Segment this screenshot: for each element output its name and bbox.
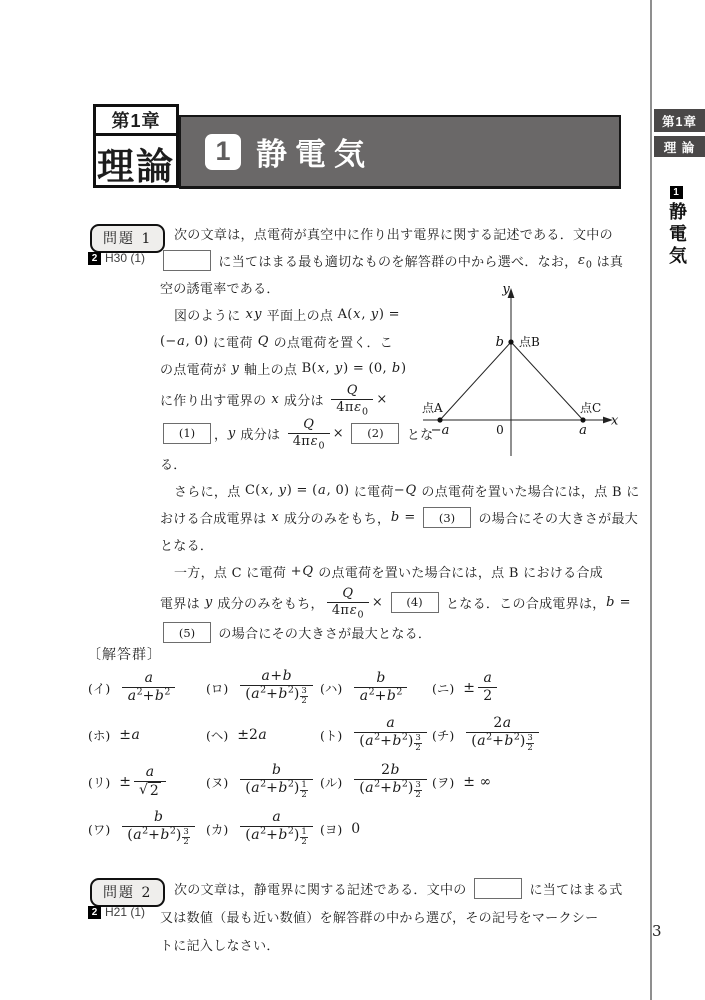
option-expression: 2b(a2+b2)32 xyxy=(351,762,430,801)
math-inline: Q xyxy=(257,334,269,349)
option: (ヲ)± ∞ xyxy=(432,758,642,805)
origin-label: 0 xyxy=(496,423,504,437)
point-a-label: 点A xyxy=(422,400,443,415)
option-expression: ±a2 xyxy=(463,670,500,705)
text-run: 軸上の点 xyxy=(240,359,302,378)
option-expression: b(a2+b2)32 xyxy=(119,809,198,848)
text-run: おける合成電界は xyxy=(160,508,271,527)
option-expression: ± ∞ xyxy=(463,774,491,790)
option-expression: 2a(a2+b2)32 xyxy=(463,715,542,754)
text-run: × xyxy=(372,595,388,610)
x-axis-label: x xyxy=(611,414,619,429)
option: (カ)a(a2+b2)12 xyxy=(206,805,320,852)
text-run: の点電荷が xyxy=(160,359,231,378)
math-inline: b xyxy=(606,595,616,610)
option: (ニ)±a2 xyxy=(432,664,642,711)
option: (チ)2a(a2+b2)32 xyxy=(432,711,642,758)
option-expression: ba2+b2 xyxy=(351,670,410,705)
text-run: 次の文章は，点電荷が真空中に作り出す電界に関する記述である．文中の xyxy=(174,224,613,243)
text-run: トに記入しなさい． xyxy=(160,935,280,954)
option-label: (ヲ) xyxy=(432,773,454,791)
text-run: となる．この合成電界は， xyxy=(442,593,606,612)
option: (リ)±a√2 xyxy=(88,758,206,805)
text-run: さらに，点 xyxy=(174,481,245,500)
option-expression: b(a2+b2)12 xyxy=(237,762,316,801)
text-run: × xyxy=(333,426,349,441)
option-expression: a+b(a2+b2)32 xyxy=(237,668,316,707)
problem2-badge: 問題 2 xyxy=(90,878,165,907)
option-label: (ト) xyxy=(320,726,342,744)
text-line: おける合成電界は x 成分のみをもち，b = (3) の場合にその大きさが最大 xyxy=(160,504,638,531)
section-title: 静電気 xyxy=(256,129,373,174)
option-expression: 0 xyxy=(351,821,360,837)
math-fraction: a+b(a2+b2)32 xyxy=(240,668,313,707)
option: (ト)a(a2+b2)32 xyxy=(320,711,432,758)
text-run: ， xyxy=(214,424,227,443)
b-label: b xyxy=(496,335,504,350)
answer-group-title: 〔解答群〕 xyxy=(87,644,162,664)
answer-blank xyxy=(474,878,522,899)
book-icon: 2 xyxy=(88,906,101,919)
text-line: 一方，点 C に電荷 +Q の点電荷を置いた場合には，点 B における合成 xyxy=(160,558,638,585)
text-run: の点電荷を置く．こ xyxy=(269,332,393,351)
option-label: (ホ) xyxy=(88,726,110,744)
point-c-dot xyxy=(580,417,585,422)
text-run: 一方，点 C に電荷 xyxy=(174,562,291,581)
problem2-source-label: H21 (1) xyxy=(105,905,145,919)
option-label: (ニ) xyxy=(432,679,454,697)
math-inline: (a, 0) xyxy=(312,483,349,498)
text-run: = xyxy=(384,307,400,322)
text-run: は真 xyxy=(592,251,623,270)
option: (ヘ)±2a xyxy=(206,711,320,758)
text-run: る． xyxy=(160,454,187,473)
text-run: 電界は xyxy=(160,593,204,612)
math-inline: x xyxy=(271,392,280,407)
text-run: となる． xyxy=(160,535,213,554)
math-fraction: aa2+b2 xyxy=(122,670,175,705)
problem1-source-label: H30 (1) xyxy=(105,251,145,265)
problem1-source: 2 H30 (1) xyxy=(88,251,145,265)
math-fraction: b(a2+b2)32 xyxy=(122,809,195,848)
option: (ヨ)0 xyxy=(320,805,432,852)
option-label: (ワ) xyxy=(88,820,110,838)
math-inline: y xyxy=(231,361,240,376)
text-run: に当てはまる式 xyxy=(525,879,623,898)
option-label: (ヘ) xyxy=(206,726,228,744)
math-fraction: Q4πε0 xyxy=(327,586,369,618)
text-run: 空の誘電率である． xyxy=(160,278,280,297)
option: (ワ)b(a2+b2)32 xyxy=(88,805,206,852)
point-c-label: 点C xyxy=(580,400,601,415)
option-label: (ロ) xyxy=(206,679,228,697)
option-expression: ±2a xyxy=(237,727,267,743)
minus-a-label: −a xyxy=(431,423,450,438)
chapter-badge: 第1章 理論 xyxy=(93,104,179,188)
text-run: 成分は xyxy=(279,390,328,409)
math-inline: ε0 xyxy=(578,253,593,268)
option: (イ)aa2+b2 xyxy=(88,664,206,711)
math-inline: y xyxy=(204,595,213,610)
sidebar-section-number: 1 xyxy=(670,186,683,199)
math-inline: b xyxy=(390,510,400,525)
sidebar-section-label: 静電気 xyxy=(663,202,689,268)
text-run: = xyxy=(615,595,631,610)
text-line: となる． xyxy=(160,531,638,558)
math-inline: C(x, y) xyxy=(245,483,292,498)
text-run: に電荷 xyxy=(349,481,393,500)
text-run: の点電荷を置いた場合には，点 B に xyxy=(417,481,640,500)
math-inline: (−a, 0) xyxy=(160,334,208,349)
sidebar-subject-tab: 理 論 xyxy=(654,136,705,157)
answer-blank: (1) xyxy=(163,423,211,444)
section-title-bar: 1 静電気 xyxy=(179,115,621,189)
answer-blank: (3) xyxy=(423,507,471,528)
math-inline: y xyxy=(227,426,236,441)
point-b-label: 点B xyxy=(519,334,540,349)
text-run: 成分のみをもち， xyxy=(213,593,324,612)
answer-blank: (2) xyxy=(351,423,399,444)
text-run: 平面上の点 xyxy=(262,305,337,324)
option-label: (ヨ) xyxy=(320,820,342,838)
option-label: (カ) xyxy=(206,820,228,838)
option: (ハ)ba2+b2 xyxy=(320,664,432,711)
text-line: (5) の場合にその大きさが最大となる． xyxy=(160,619,638,646)
text-line: 次の文章は，点電荷が真空中に作り出す電界に関する記述である．文中の xyxy=(160,220,638,247)
problem2-source: 2 H21 (1) xyxy=(88,905,145,919)
text-run: 成分のみをもち， xyxy=(279,508,390,527)
math-inline: x xyxy=(271,510,280,525)
option-label: (ヌ) xyxy=(206,773,228,791)
figure-xy-plane: y x 0 −a a b 点B 点A 点C xyxy=(420,283,648,458)
math-fraction: 2a(a2+b2)32 xyxy=(466,715,539,754)
text-run: の点電荷を置いた場合には，点 B における合成 xyxy=(314,562,603,581)
page-number: 3 xyxy=(652,922,662,940)
option: (ヌ)b(a2+b2)12 xyxy=(206,758,320,805)
option-expression: a(a2+b2)32 xyxy=(351,715,430,754)
a-label: a xyxy=(579,423,587,438)
text-run: 成分は xyxy=(236,424,285,443)
answer-grid: (イ)aa2+b2(ロ)a+b(a2+b2)32(ハ)ba2+b2(ニ)±a2(… xyxy=(88,664,642,852)
text-run: に当てはまる最も適切なものを解答群の中から選べ．なお， xyxy=(214,251,578,270)
sidebar-section-marker: 1 静電気 xyxy=(664,186,688,268)
sidebar-chapter-tab: 第1章 xyxy=(654,109,705,132)
problem1-badge: 問題 1 xyxy=(90,224,165,253)
math-fraction: a(a2+b2)12 xyxy=(240,809,313,848)
book-icon: 2 xyxy=(88,252,101,265)
text-line: に当てはまる最も適切なものを解答群の中から選べ．なお，ε0 は真 xyxy=(160,247,638,274)
option-expression: ±a xyxy=(119,727,140,743)
math-fraction: b(a2+b2)12 xyxy=(240,762,313,801)
math-fraction: Q4πε0 xyxy=(331,383,373,415)
answer-blank: (5) xyxy=(163,622,211,643)
text-run: に作り出す電界の xyxy=(160,390,271,409)
option-expression: a(a2+b2)12 xyxy=(237,809,316,848)
text-line: さらに，点 C(x, y) = (a, 0) に電荷−Q の点電荷を置いた場合に… xyxy=(160,477,638,504)
math-fraction: a(a2+b2)32 xyxy=(354,715,427,754)
text-run: = xyxy=(348,361,368,376)
text-run: の場合にその大きさが最大 xyxy=(474,508,638,527)
math-inline: +Q xyxy=(291,564,314,579)
option: (ロ)a+b(a2+b2)32 xyxy=(206,664,320,711)
text-run: 又は数値（最も近い数値）を解答群の中から選び，その記号をマークシー xyxy=(160,907,598,926)
page: 第1章 理 論 1 静電気 第1章 理論 1 静電気 問題 1 2 H30 (1… xyxy=(0,0,705,1000)
answer-blank xyxy=(163,250,211,271)
option-label: (ル) xyxy=(320,773,342,791)
option-expression: ±a√2 xyxy=(119,764,169,800)
text-run: の場合にその大きさが最大となる． xyxy=(214,623,431,642)
math-fraction: ba2+b2 xyxy=(354,670,407,705)
sidebar-divider xyxy=(650,0,652,1000)
option-label: (イ) xyxy=(88,679,110,697)
y-axis-label: y xyxy=(501,283,510,297)
option-expression: aa2+b2 xyxy=(119,670,178,705)
point-b-dot xyxy=(508,339,513,344)
problem2-body: 次の文章は，静電界に関する記述である．文中の に当てはまる式又は数値（最も近い数… xyxy=(160,874,642,958)
option-label: (チ) xyxy=(432,726,454,744)
text-run: 次の文章は，静電界に関する記述である．文中の xyxy=(174,879,471,898)
math-inline: B(x, y) xyxy=(302,361,349,376)
text-run: 図のように xyxy=(174,305,245,324)
option: (ル)2b(a2+b2)32 xyxy=(320,758,432,805)
option: (ホ)±a xyxy=(88,711,206,758)
math-fraction: a2 xyxy=(478,670,497,705)
text-line: 次の文章は，静電界に関する記述である．文中の に当てはまる式 xyxy=(160,874,642,902)
option-label: (ハ) xyxy=(320,679,342,697)
math-inline: xy xyxy=(245,307,262,322)
section-number-badge: 1 xyxy=(205,134,241,170)
math-inline: A(x, y) xyxy=(338,307,385,322)
math-fraction: a√2 xyxy=(134,764,166,800)
text-line: 又は数値（最も近い数値）を解答群の中から選び，その記号をマークシー xyxy=(160,902,642,930)
sqrt: √2 xyxy=(139,782,161,800)
math-fraction: 2b(a2+b2)32 xyxy=(354,762,427,801)
point-a-dot xyxy=(437,417,442,422)
math-fraction: Q4πε0 xyxy=(288,417,330,449)
text-line: 電界は y 成分のみをもち，Q4πε0× (4) となる．この合成電界は，b = xyxy=(160,585,638,619)
math-inline: −Q xyxy=(394,483,417,498)
option-label: (リ) xyxy=(88,773,110,791)
text-run: = xyxy=(400,510,420,525)
text-run: × xyxy=(376,392,387,407)
text-run: = xyxy=(292,483,312,498)
text-run: に電荷 xyxy=(208,332,257,351)
math-inline: (0, b) xyxy=(369,361,407,376)
chapter-number: 第1章 xyxy=(96,107,176,136)
chapter-title: 理論 xyxy=(96,136,176,190)
text-line: トに記入しなさい． xyxy=(160,930,642,958)
answer-blank: (4) xyxy=(391,592,439,613)
